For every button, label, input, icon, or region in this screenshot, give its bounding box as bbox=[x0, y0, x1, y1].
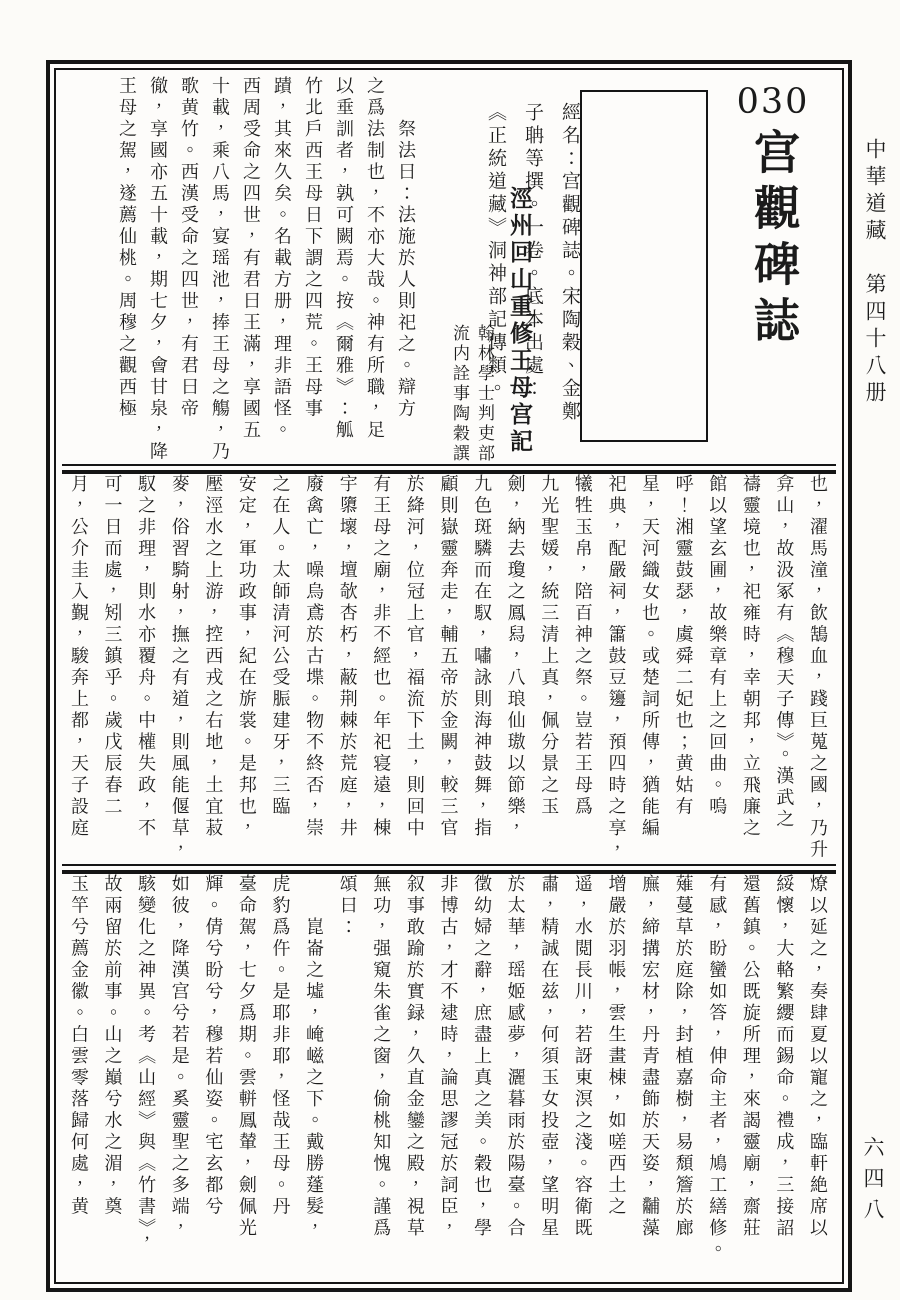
inner-border: 涇州回山重修王母宫記 翰林學士判吏部 流内詮事陶穀譔 祭法曰：法施於人則祀之。辯… bbox=[54, 68, 844, 1284]
text-column: 子聃等撰。一卷。底本出處： bbox=[514, 102, 551, 430]
text-column: 馭之非理，則水亦覆舟。中權失政，不 bbox=[129, 474, 163, 864]
content-frame: 涇州回山重修王母宫記 翰林學士判吏部 流内詮事陶穀譔 祭法曰：法施於人則祀之。辯… bbox=[46, 60, 852, 1292]
band3-columns: 燎以延之，奏肆夏以寵之，臨軒絶席以綏懷，大輅繁纓而錫命。禮成，三接詔還舊鎮。公既… bbox=[64, 874, 834, 1276]
text-column: 還舊鎮。公既旋所理，來謁靈廟，齋莊 bbox=[733, 874, 767, 1276]
text-column: 呼！湘靈鼓瑟，虞舜二妃也；黄姑有 bbox=[666, 474, 700, 864]
text-column: 宇隳壞，壇欹杏朽，蔽荆棘於荒庭，井 bbox=[330, 474, 364, 864]
text-column: 廡，締搆宏材，丹青盡飾於天姿，黼藻 bbox=[632, 874, 666, 1276]
separator-thin-line bbox=[62, 864, 836, 866]
document-header: 030 宫觀碑誌 bbox=[712, 82, 834, 352]
separator-thin-line bbox=[62, 464, 836, 466]
metadata-box: 經名：宫觀碑誌。宋陶穀、金鄭子聃等撰。一卷。底本出處：《正統道藏》洞神部記傳類。 bbox=[580, 90, 708, 442]
band-middle: 也，濯馬潼，飲鵠血，踐巨蒐之國，乃升弇山，故汲冢有《穆天子傳》。漢武之禱靈境也，… bbox=[64, 474, 834, 864]
text-column: 歌黄竹。西漢受命之四世，有君曰帝 bbox=[173, 76, 204, 464]
band-bottom: 燎以延之，奏肆夏以寵之，臨軒絶席以綏懷，大輅繁纓而錫命。禮成，三接詔還舊鎮。公既… bbox=[64, 874, 834, 1276]
band-separator bbox=[62, 464, 836, 474]
text-column: 可一日而處，矧三鎮乎。歲戊辰春二 bbox=[95, 474, 129, 864]
text-column: 增嚴於羽帳，雲生畫棟，如嗟西土之 bbox=[599, 874, 633, 1276]
text-column: 非博古，才不逮時，論思謬冠於詞臣， bbox=[431, 874, 465, 1276]
text-column: 西周受命之四世，有君曰王滿，享國五 bbox=[235, 76, 266, 464]
text-column: 蹟，其來久矣。名載方册，理非語怪。 bbox=[266, 76, 297, 464]
band-top: 涇州回山重修王母宫記 翰林學士判吏部 流内詮事陶穀譔 祭法曰：法施於人則祀之。辯… bbox=[64, 76, 834, 464]
text-column: 經名：宫觀碑誌。宋陶穀、金鄭 bbox=[551, 102, 588, 430]
text-column: 薙蔓草於庭除，封植嘉樹，易頹簷於廊 bbox=[666, 874, 700, 1276]
text-column: 壓涇水之上游，控西戎之右地，土宜菽 bbox=[196, 474, 230, 864]
text-column: 麥，俗習騎射，撫之有道，則風能偃草， bbox=[162, 474, 196, 864]
text-column: 輝。倩兮盼兮，穆若仙姿。宅玄都兮 bbox=[196, 874, 230, 1276]
text-column: 於絳河，位冠上官，福流下土，則回中 bbox=[397, 474, 431, 864]
text-column: 也，濯馬潼，飲鵠血，踐巨蒐之國，乃升 bbox=[800, 474, 834, 864]
band2-columns: 也，濯馬潼，飲鵠血，踐巨蒐之國，乃升弇山，故汲冢有《穆天子傳》。漢武之禱靈境也，… bbox=[64, 474, 834, 864]
text-column: 徹，享國亦五十載，期七夕，會甘泉，降 bbox=[142, 76, 173, 464]
text-column: 肅，精誠在兹，何須玉女投壺，望明星 bbox=[532, 874, 566, 1276]
text-column: 駭變化之神異。考《山經》與《竹書》， bbox=[129, 874, 163, 1276]
text-column: 臺命駕，七夕爲期。雲軿鳳輦，劍佩光 bbox=[229, 874, 263, 1276]
page-content: 涇州回山重修王母宫記 翰林學士判吏部 流内詮事陶穀譔 祭法曰：法施於人則祀之。辯… bbox=[64, 76, 834, 1276]
text-column: 竹北户西王母日下謂之四荒。王母事 bbox=[297, 76, 328, 464]
text-column: 星，天河織女也。或楚詞所傳，猶能編 bbox=[632, 474, 666, 864]
text-column: 安定，軍功政事，紀在旂裳。是邦也， bbox=[229, 474, 263, 864]
text-column: 祭法曰：法施於人則祀之。辯方 bbox=[390, 76, 421, 464]
text-column: 有王母之廟，非不經也。年祀寝遠，棟 bbox=[364, 474, 398, 864]
text-column: 之在人。太師清河公受脤建牙，三臨 bbox=[263, 474, 297, 864]
text-column: 如彼，降漢宫兮若是。奚靈聖之多端， bbox=[162, 874, 196, 1276]
text-column: 崑崙之墟，崦嵫之下。戴勝蓬髮， bbox=[297, 874, 331, 1276]
text-column: 犧牲玉帛，陪百神之祭。豈若王母爲 bbox=[565, 474, 599, 864]
text-column: 以垂訓者，孰可闕焉。按《爾雅》：觚 bbox=[328, 76, 359, 464]
text-column: 於太華，瑶姬感夢，灑暮雨於陽臺。合 bbox=[498, 874, 532, 1276]
text-column: 叙事敢踰於實録，久直金鑾之殿，視草 bbox=[397, 874, 431, 1276]
author-line-2: 流内詮事陶穀譔 bbox=[447, 76, 472, 464]
text-column: 之爲法制也，不亦大哉。神有所職，足 bbox=[359, 76, 390, 464]
text-column: 十載，乘八馬，宴瑶池，捧王母之觴，乃 bbox=[204, 76, 235, 464]
band-separator bbox=[62, 864, 836, 874]
text-column: 九光聖媛，統三清上真，佩分景之玉 bbox=[532, 474, 566, 864]
document-number: 030 bbox=[712, 82, 834, 122]
text-column: 月，公介圭入覲，駿奔上都，天子設庭 bbox=[64, 474, 95, 864]
volume-label: 中華道藏 第四十八册 bbox=[860, 138, 890, 408]
text-column: 九色斑驎而在馭，嘯詠則海神鼓舞，指 bbox=[464, 474, 498, 864]
text-column: 有感，盼蠻如答，伸命主者，鳩工繕修。 bbox=[700, 874, 734, 1276]
text-column: 頌曰： bbox=[330, 874, 364, 1276]
text-column: 館以望玄圃，故樂章有上之回曲。嗚 bbox=[700, 474, 734, 864]
text-column: 《正統道藏》洞神部記傳類。 bbox=[477, 102, 514, 430]
text-column: 綏懷，大輅繁纓而錫命。禮成，三接詔 bbox=[767, 874, 801, 1276]
text-column: 故兩留於前事。山之巔兮水之湄，奠 bbox=[95, 874, 129, 1276]
text-column: 遥，水閲長川，若訝東溟之淺。容衛既 bbox=[565, 874, 599, 1276]
text-column: 虎豹爲仵。是耶非耶，怪哉王母。丹 bbox=[263, 874, 297, 1276]
document-title: 宫觀碑誌 bbox=[747, 128, 799, 352]
text-column: 廢禽亡，噪烏鳶於古堞。物不終否，崇 bbox=[297, 474, 331, 864]
column-spacer bbox=[421, 76, 447, 464]
page-number: 六四八 bbox=[858, 1136, 888, 1229]
text-column: 祀典，配嚴祠，簫鼓豆籩，預四時之享， bbox=[599, 474, 633, 864]
text-column: 弇山，故汲冢有《穆天子傳》。漢武之 bbox=[767, 474, 801, 864]
text-column: 徵幼婦之辭，庶盡上真之美。穀也，學 bbox=[464, 874, 498, 1276]
text-column: 燎以延之，奏肆夏以寵之，臨軒絶席以 bbox=[800, 874, 834, 1276]
text-column: 劍，納去瓊之鳳舄，八琅仙璈以節樂， bbox=[498, 474, 532, 864]
text-column: 無功，强窺朱雀之窗，偷桃知愧。謹爲 bbox=[364, 874, 398, 1276]
text-column: 顧則嶽靈奔走，輔五帝於金闕，較三官 bbox=[431, 474, 465, 864]
text-column: 王母之駕，遂薦仙桃。周穆之觀西極 bbox=[111, 76, 142, 464]
text-column: 禱靈境也，祀雍時，幸朝邦，立飛廉之 bbox=[733, 474, 767, 864]
text-column: 玉竿兮薦金徽。白雲零落歸何處，黄 bbox=[64, 874, 95, 1276]
